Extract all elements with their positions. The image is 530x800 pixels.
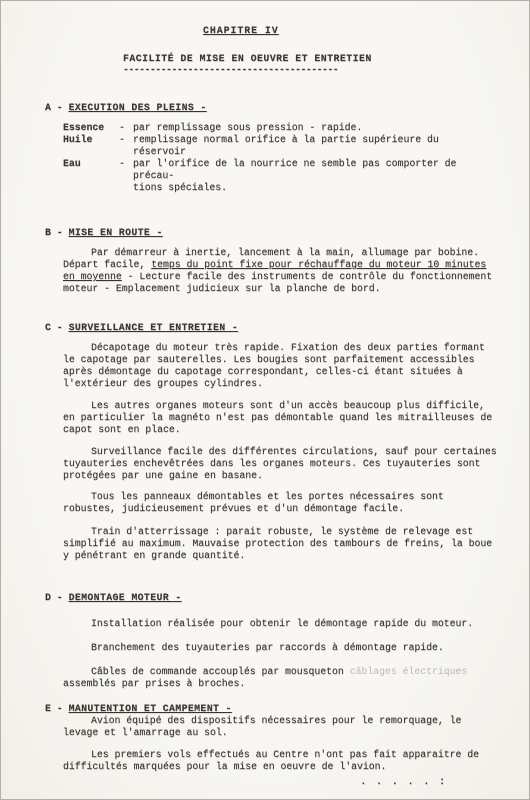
chapter-title: CHAPITRE IV [203,25,279,37]
fuel-label: Eau [63,158,119,194]
fuel-text: remplissage normal orifice à la partie s… [133,134,497,158]
document-title-block: FACILITÉ DE MISE EN OEUVRE ET ENTRETIEN … [123,53,372,74]
section-c-paragraph: Les autres organes moteurs sont d'un acc… [63,400,497,436]
section-d-paragraph: Câbles de commande accouplés par mousque… [63,666,497,690]
section-b-title: MISE EN ROUTE - [69,227,163,238]
fuel-dash: - [119,134,133,158]
section-d-title: DEMONTAGE MOTEUR - [69,592,182,603]
fuel-item-eau: Eau - par l'orifice de la nourrice ne se… [63,158,497,194]
section-c-paragraph: Tous les panneaux démontables et les por… [63,491,497,515]
fuel-label: Essence [63,122,119,134]
section-b-letter: B [45,227,51,238]
fuel-text: par remplissage sous pression - rapide. [133,122,497,134]
section-c-paragraph: Décapotage du moteur très rapide. Fixati… [63,342,497,390]
section-d-letter: D [45,592,51,603]
fuel-dash: - [119,158,133,194]
section-c-separator: - [57,322,63,333]
section-c-paragraph: Surveillance facile des différentes circ… [63,446,497,482]
fuel-text-line1: par l'orifice de la nourrice ne semble p… [133,158,456,181]
section-d-paragraph: Installation réalisée pour obtenir le dé… [63,618,497,630]
d-text-faded: câblages électriques [350,666,468,677]
d-text-plain: assemblés par prises à broches. [63,678,245,689]
fuel-dash: - [119,122,133,134]
section-a-letter: A [45,102,51,113]
section-a-body: Essence - par remplissage sous pression … [63,122,497,194]
section-e-separator: - [57,703,63,714]
fuel-text-line2: tions spéciales. [133,182,227,193]
section-c-letter: C [45,322,51,333]
section-c-title: SURVEILLANCE ET ENTRETIEN - [69,322,239,333]
section-c-body: Décapotage du moteur très rapide. Fixati… [63,342,497,562]
section-e-paragraph: Avion équipé des dispositifs nécessaires… [63,715,497,739]
section-e-paragraph: Les premiers vols effectués au Centre n'… [63,749,497,773]
scanned-document-page: CHAPITRE IV FACILITÉ DE MISE EN OEUVRE E… [0,0,530,800]
section-a-separator: - [57,102,63,113]
d-text-plain: Câbles de commande accouplés par mousque… [91,666,350,677]
fuel-item-huile: Huile - remplissage normal orifice à la … [63,134,497,158]
section-b-separator: - [57,227,63,238]
section-c-heading: C - SURVEILLANCE ET ENTRETIEN - [45,322,499,334]
end-of-page-mark: . . . . . : [45,776,499,788]
section-c-paragraph: Train d'atterrissage : parait robuste, l… [63,526,497,562]
document-title-underline: ---------------------------------------- [123,65,372,74]
fuel-item-essence: Essence - par remplissage sous pression … [63,122,497,134]
section-d-heading: D - DEMONTAGE MOTEUR - [45,592,499,604]
section-b-body: Par démarreur à inertie, lancement à la … [63,247,497,295]
fuel-text: par l'orifice de la nourrice ne semble p… [133,158,497,194]
section-e-letter: E [45,703,51,714]
b-text-plain: - Lecture facile des instruments de cont… [63,271,492,294]
section-b-heading: B - MISE EN ROUTE - [45,227,499,239]
section-e-title: MANUTENTION ET CAMPEMENT - [69,703,232,714]
section-d-body: Installation réalisée pour obtenir le dé… [63,618,497,690]
section-e-heading: E - MANUTENTION ET CAMPEMENT - [45,703,499,715]
section-b-paragraph: Par démarreur à inertie, lancement à la … [63,247,497,295]
section-e-body: Avion équipé des dispositifs nécessaires… [63,715,497,773]
section-a-title: EXECUTION DES PLEINS - [69,102,207,113]
section-a-heading: A - EXECUTION DES PLEINS - [45,102,499,114]
section-d-paragraph: Branchement des tuyauteries par raccords… [63,642,497,654]
section-d-separator: - [57,592,63,603]
fuel-label: Huile [63,134,119,158]
